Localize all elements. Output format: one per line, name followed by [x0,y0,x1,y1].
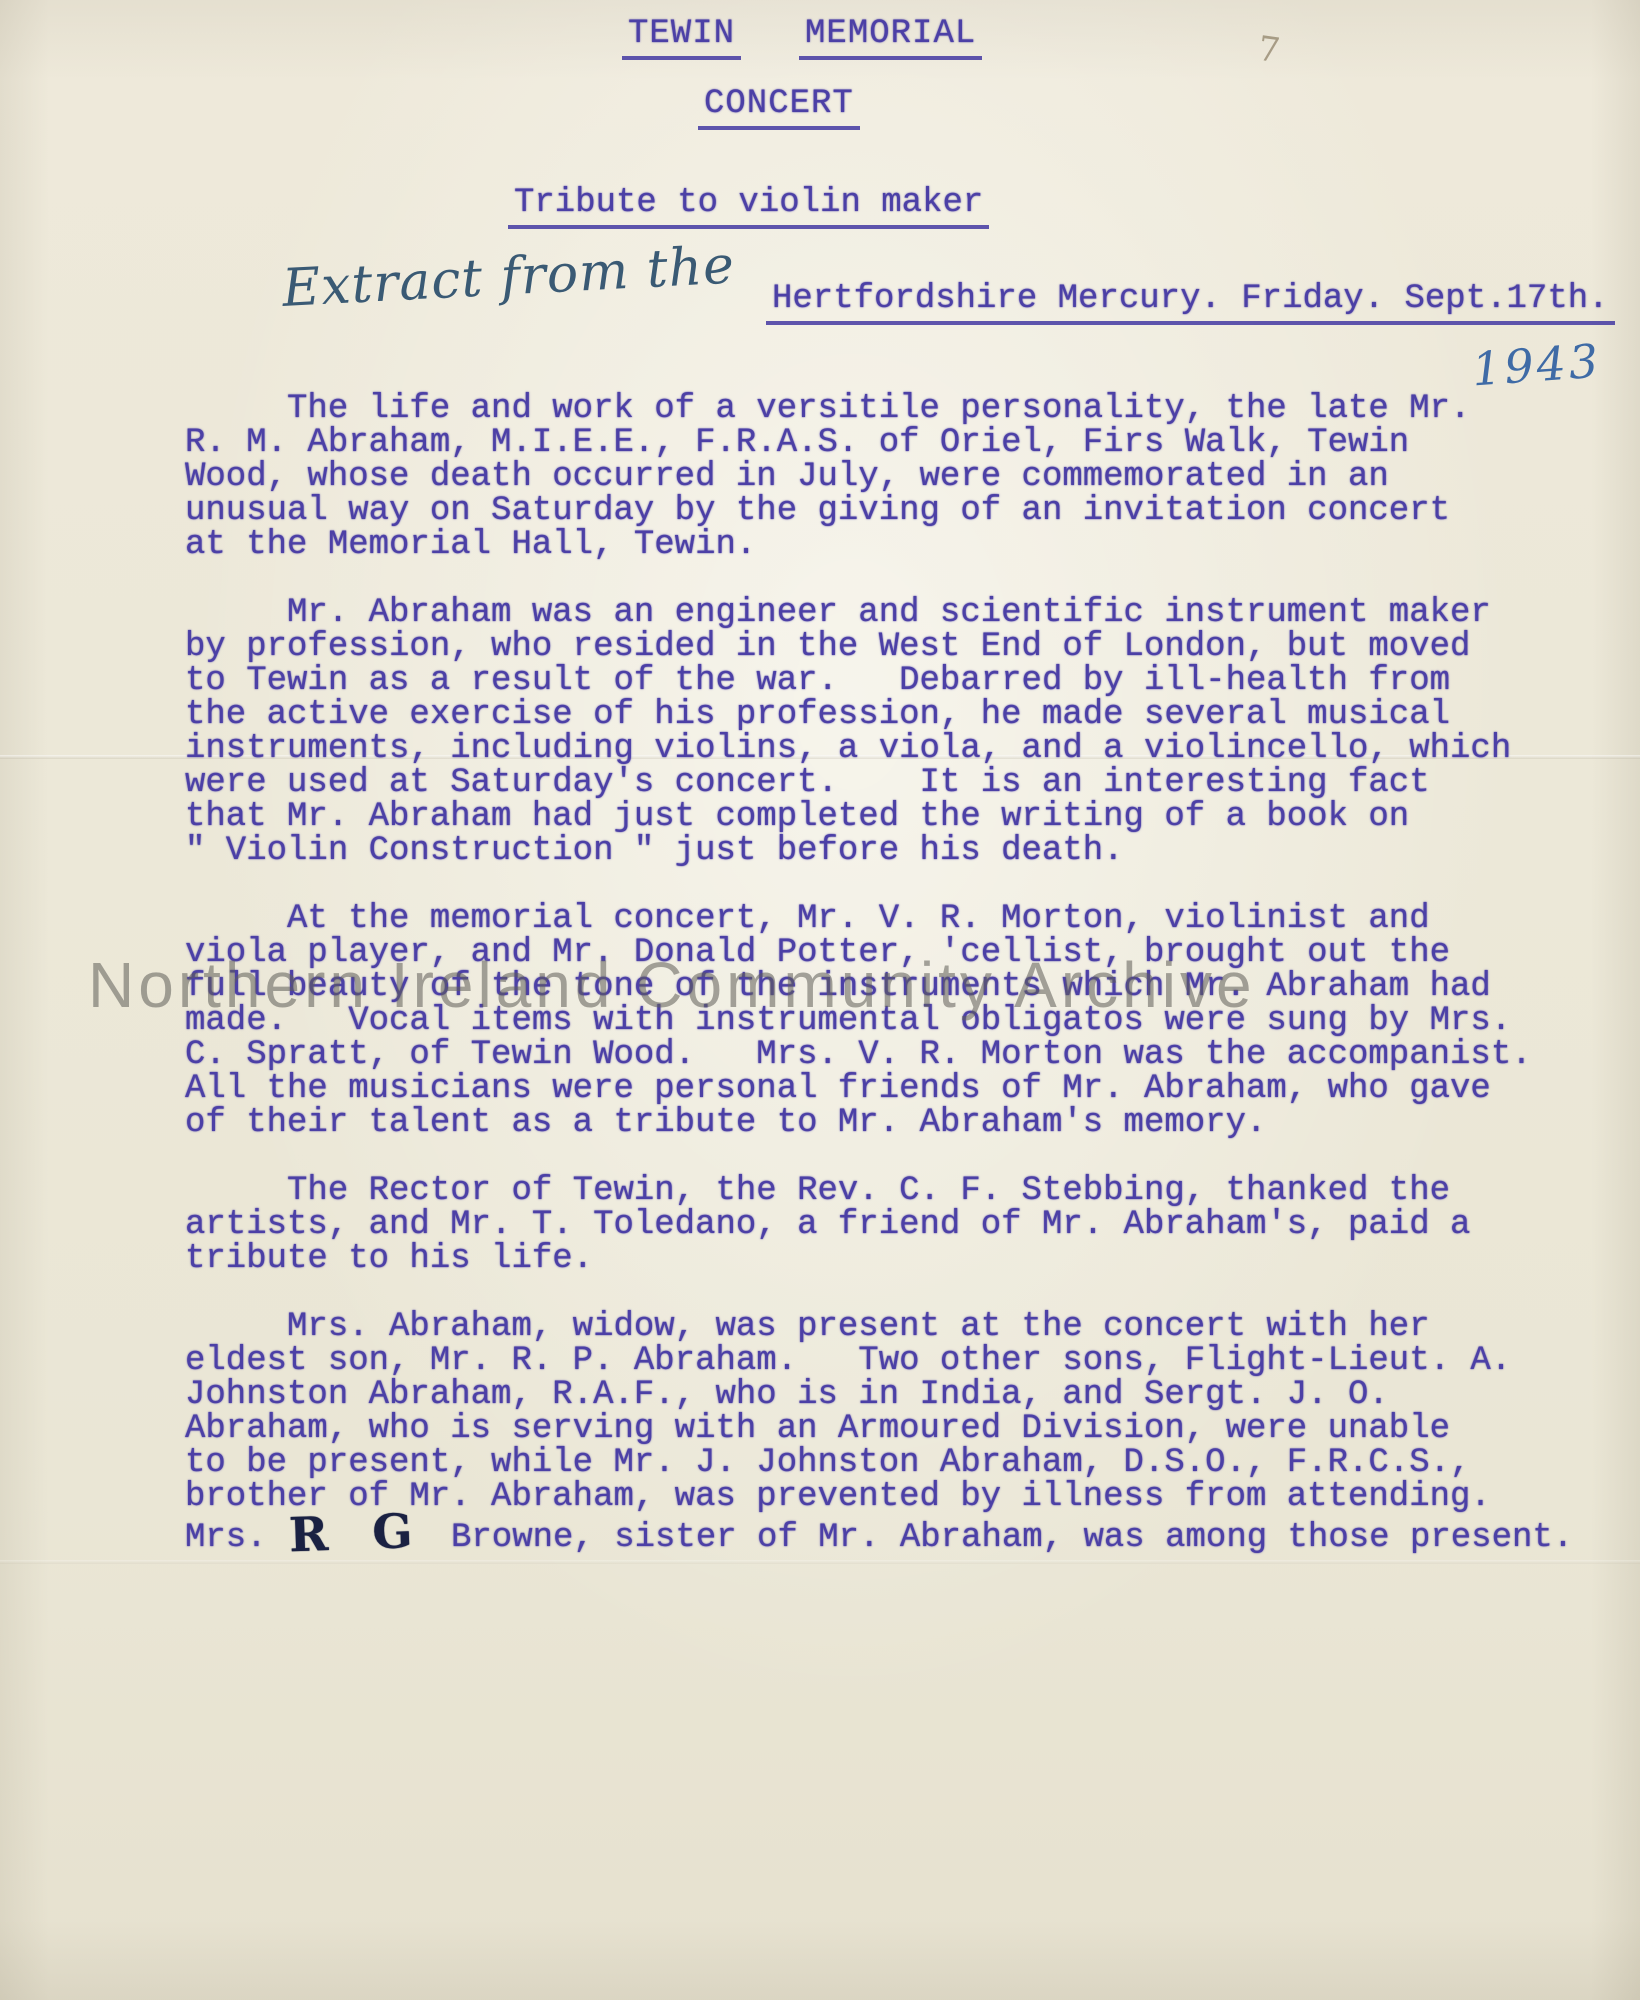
page-number-mark: 7 [1255,29,1282,72]
paragraph-5-last-line: Mrs. R G Browne, sister of Mr. Abraham, … [185,1514,1585,1555]
handwritten-initials-correction: R G [288,1515,427,1554]
handwritten-year-annotation: 1943 [1470,334,1603,397]
source-citation-text: Hertfordshire Mercury. Friday. Sept.17th… [766,280,1615,325]
paragraph-3: At the memorial concert, Mr. V. R. Morto… [185,902,1585,1140]
source-citation-line: Hertfordshire Mercury. Friday. Sept.17th… [766,280,1615,318]
document-title-line-2: CONCERT [698,84,860,124]
last-line-prefix: Mrs. [185,1519,287,1557]
paragraph-4: The Rector of Tewin, the Rev. C. F. Steb… [185,1174,1585,1276]
paragraph-5: Mrs. Abraham, widow, was present at the … [185,1310,1585,1514]
subtitle-text: Tribute to violin maker [508,184,989,229]
document-body: The life and work of a versitile persona… [185,392,1585,1555]
last-line-suffix: Browne, sister of Mr. Abraham, was among… [431,1519,1574,1557]
scanned-document-page: 7 TEWINMEMORIAL CONCERT Tribute to violi… [0,0,1640,2000]
title-word-memorial: MEMORIAL [799,15,982,60]
paragraph-2: Mr. Abraham was an engineer and scientif… [185,596,1585,868]
handwritten-annotation-extract-from-the: Extract from the [281,233,783,319]
paragraph-1: The life and work of a versitile persona… [185,392,1585,562]
title-word-tewin: TEWIN [622,15,741,60]
title-word-concert: CONCERT [698,85,860,130]
document-title-line-1: TEWINMEMORIAL [622,14,982,54]
paper-fold-crease [0,1560,1640,1564]
document-subtitle: Tribute to violin maker [508,182,989,224]
